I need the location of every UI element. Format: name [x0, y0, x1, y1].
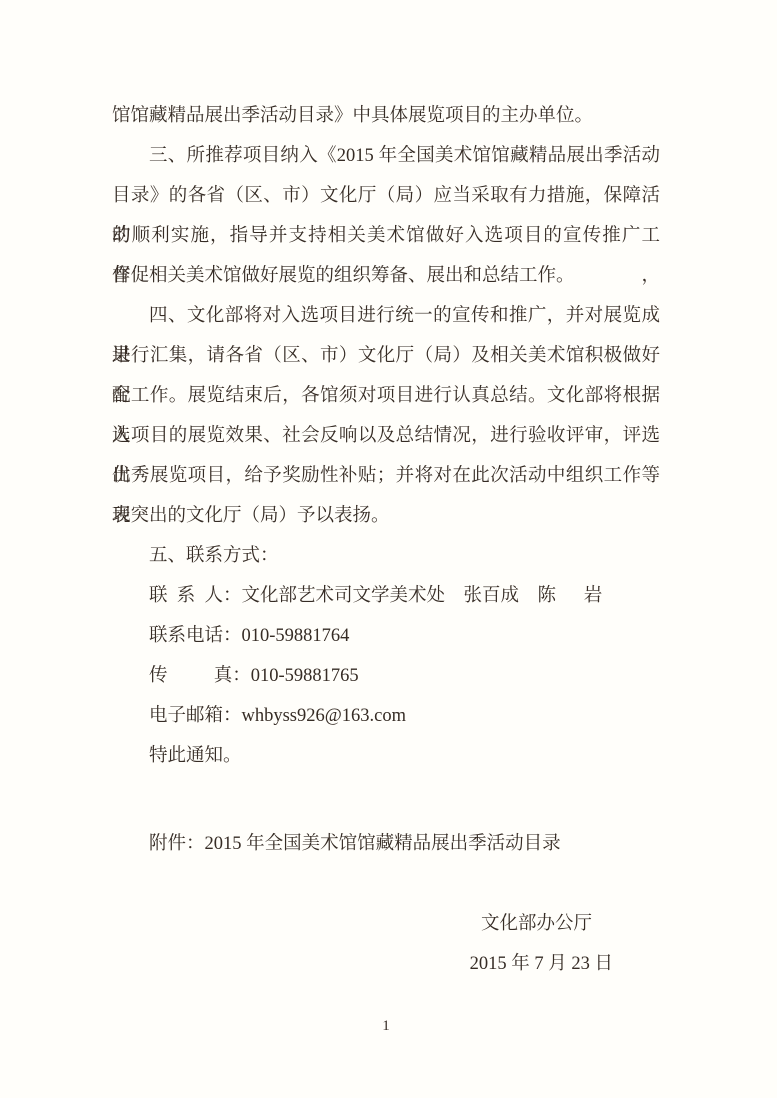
document-page: 馆馆藏精品展出季活动目录》中具体展览项目的主办单位。 三、所推荐项目纳入《201…	[0, 0, 777, 1036]
paragraph-line: 四、文化部将对入选项目进行统一的宣传和推广，并对展览成果	[112, 296, 660, 336]
paragraph-line: 合工作。展览结束后，各馆须对项目进行认真总结。文化部将根据入	[112, 376, 660, 416]
vertical-spacer	[112, 864, 660, 904]
contact-fax-line: 传 真：010-59881765	[112, 656, 660, 696]
paragraph-line: 进行汇集，请各省（区、市）文化厅（局）及相关美术馆积极做好配	[112, 336, 660, 376]
paragraph-line: 目录》的各省（区、市）文化厅（局）应当采取有力措施，保障活动	[112, 176, 660, 216]
signature-issuer: 文化部办公厅	[112, 904, 660, 944]
contact-section-heading: 五、联系方式：	[112, 536, 660, 576]
contact-email-line: 电子邮箱：whbyss926@163.com	[112, 696, 660, 736]
contact-person-line: 联 系 人：文化部艺术司文学美术处 张百成 陈 岩	[112, 576, 660, 616]
vertical-spacer	[112, 776, 660, 824]
contact-phone-line: 联系电话：010-59881764	[112, 616, 660, 656]
paragraph-line: 馆馆藏精品展出季活动目录》中具体展览项目的主办单位。	[112, 96, 660, 136]
paragraph-line: 的顺利实施，指导并支持相关美术馆做好入选项目的宣传推广工作，	[112, 216, 660, 256]
paragraph-line: 三、所推荐项目纳入《2015 年全国美术馆馆藏精品展出季活动	[112, 136, 660, 176]
signature-date: 2015 年 7 月 23 日	[112, 944, 660, 984]
page-number: 1	[112, 1016, 660, 1036]
paragraph-line: 现突出的文化厅（局）予以表扬。	[112, 496, 660, 536]
paragraph-line: 优秀展览项目，给予奖励性补贴；并将对在此次活动中组织工作等表	[112, 456, 660, 496]
attachment-line: 附件：2015 年全国美术馆馆藏精品展出季活动目录	[112, 824, 660, 864]
notice-closing-line: 特此通知。	[112, 736, 660, 776]
paragraph-line: 选项目的展览效果、社会反响以及总结情况，进行验收评审，评选出	[112, 416, 660, 456]
